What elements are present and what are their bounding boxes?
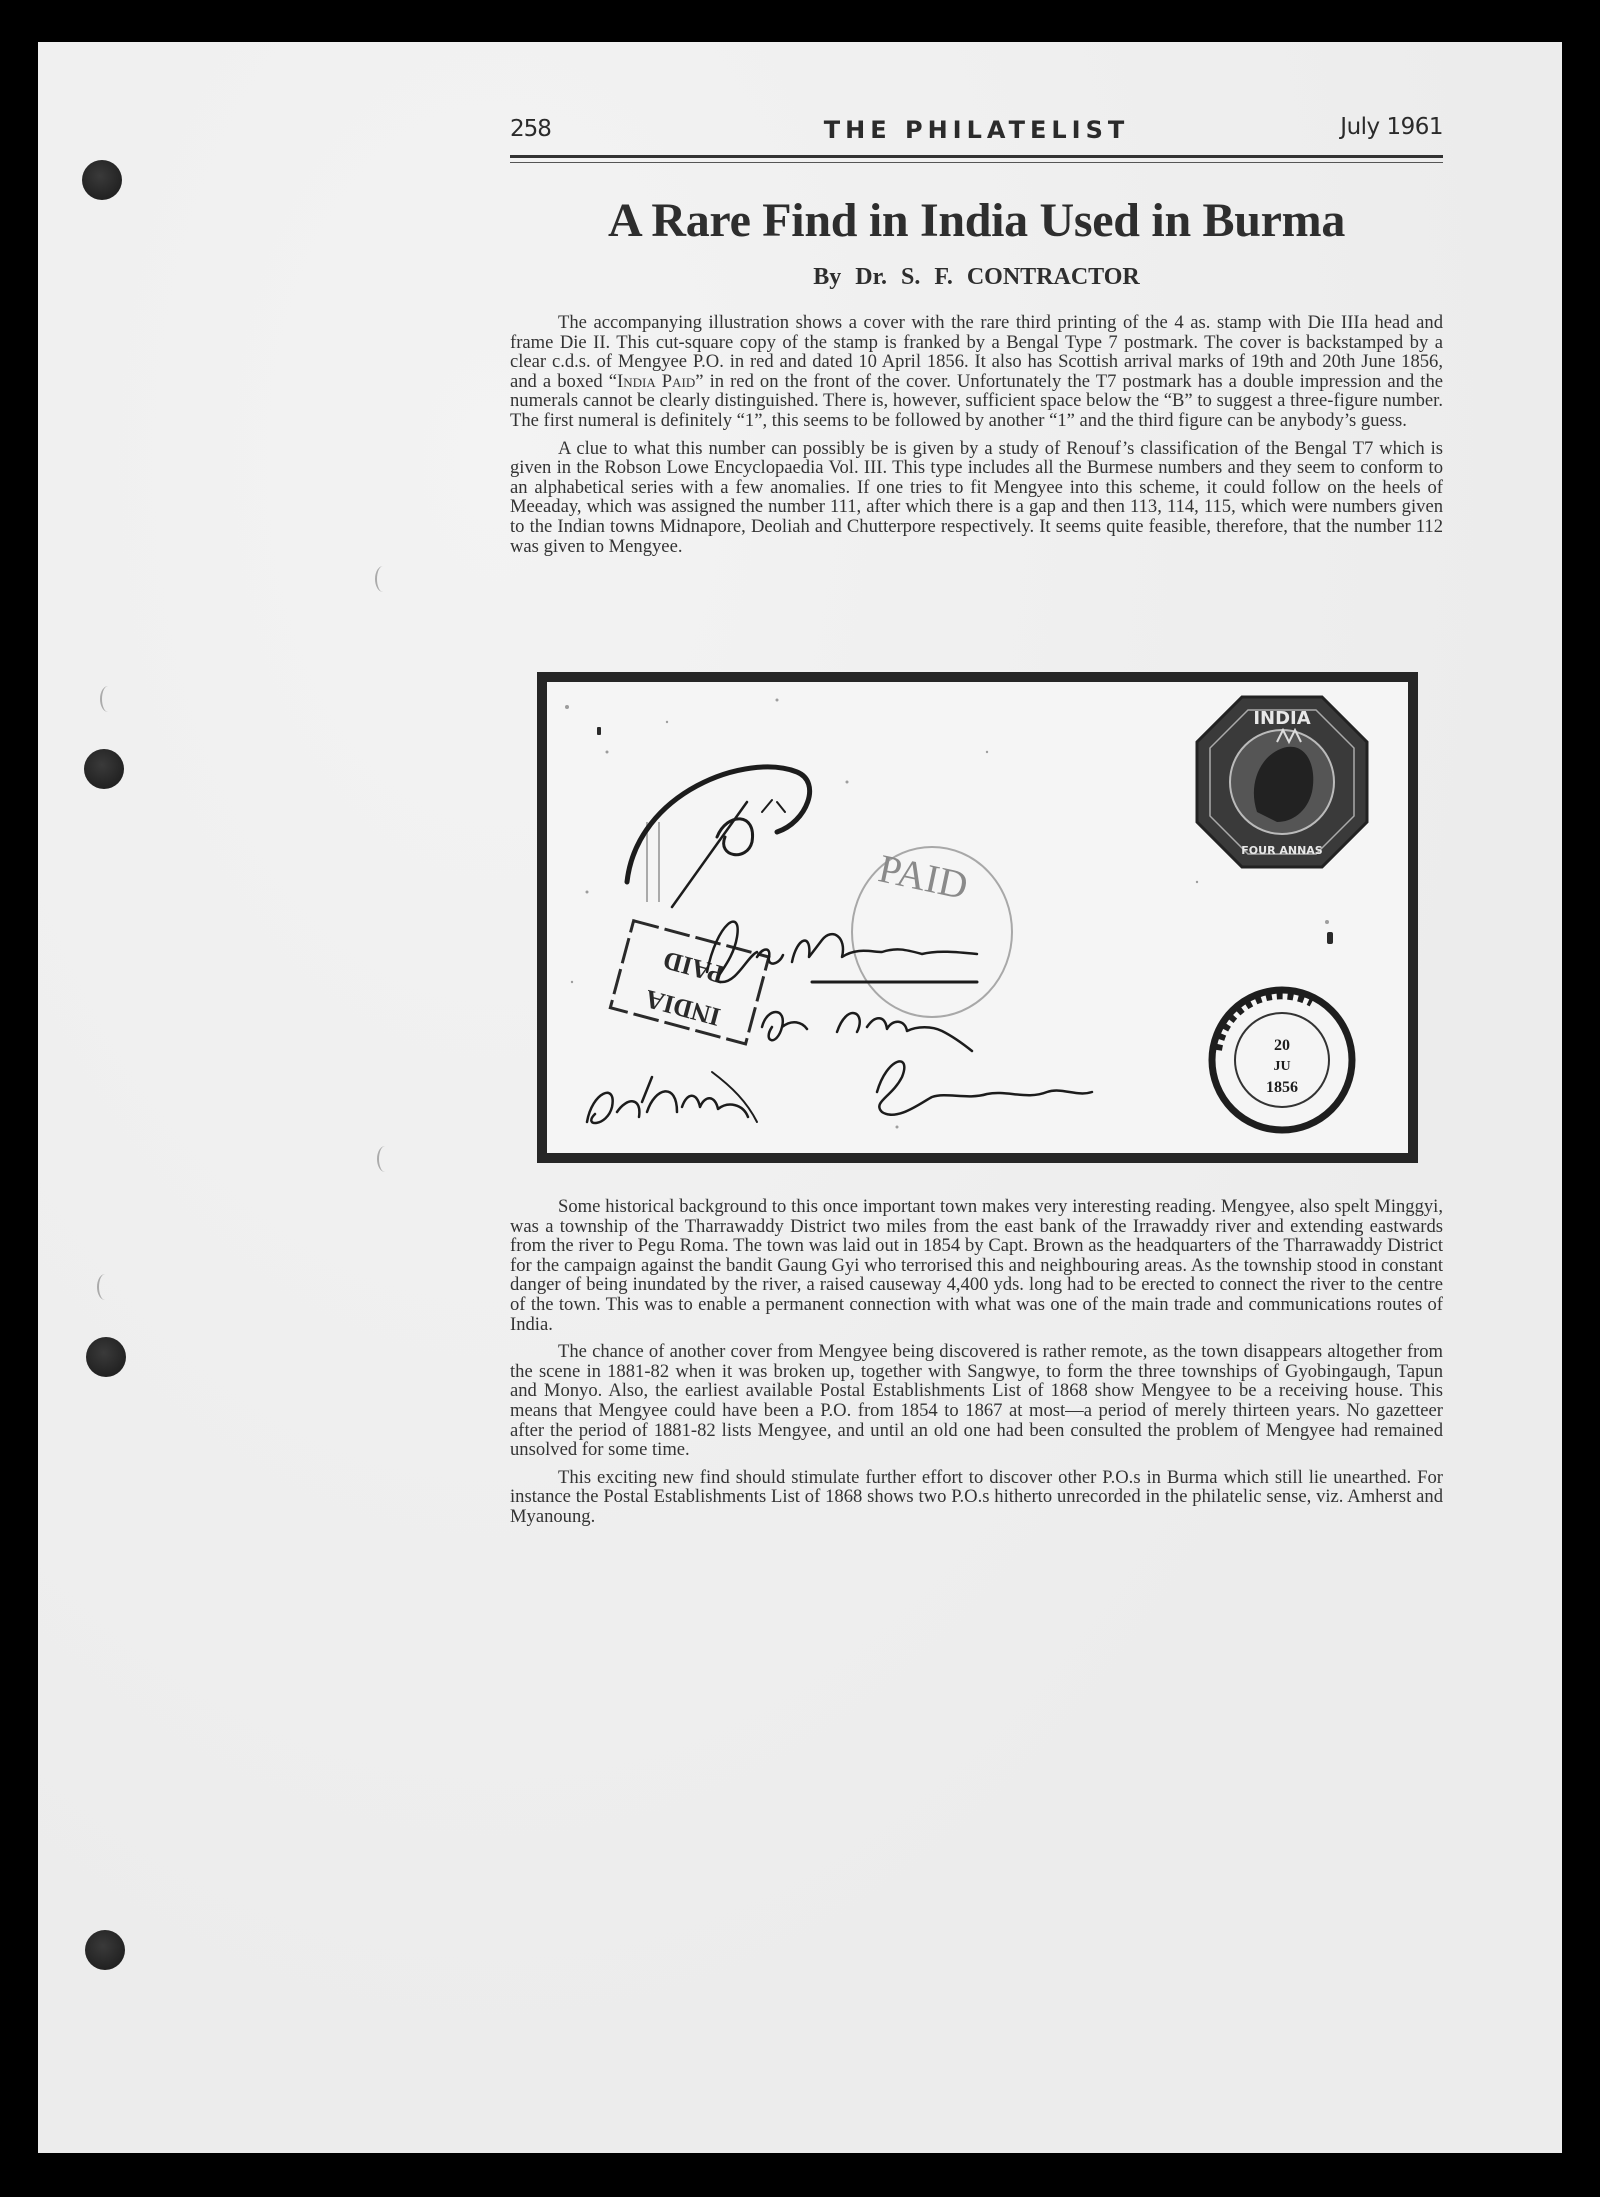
header-rule-thin — [510, 162, 1443, 163]
header-rule-thick — [510, 155, 1443, 158]
running-head: 258 THE PHILATELIST July 1961 — [510, 114, 1443, 144]
article-body-top: The accompanying illustration shows a co… — [510, 313, 1443, 564]
margin-mark-2 — [375, 566, 391, 592]
svg-text:1856: 1856 — [1266, 1079, 1298, 1096]
punch-hole-2 — [84, 749, 124, 789]
paragraph-3: Some historical background to this once … — [510, 1197, 1443, 1334]
publication-name: THE PHILATELIST — [510, 116, 1443, 144]
article-title: A Rare Find in India Used in Burma — [510, 193, 1443, 248]
svg-text:FOUR ANNAS: FOUR ANNAS — [1241, 844, 1323, 857]
punch-hole-4 — [85, 1930, 125, 1970]
svg-text:INDIA: INDIA — [1253, 708, 1310, 729]
cover-photo-icon: PAID PAID INDIA — [547, 682, 1408, 1153]
paragraph-2: A clue to what this number can possibly … — [510, 439, 1443, 557]
article-body-bottom: Some historical background to this once … — [510, 1197, 1443, 1535]
margin-mark-3 — [377, 1146, 393, 1172]
svg-text:JU: JU — [1273, 1059, 1290, 1074]
punch-hole-1 — [82, 160, 122, 200]
byline: By Dr. S. F. CONTRACTOR — [510, 264, 1443, 291]
cover-illustration: PAID PAID INDIA — [537, 672, 1418, 1163]
punch-hole-3 — [86, 1337, 126, 1377]
margin-mark-1 — [100, 686, 116, 712]
paragraph-5: This exciting new find should stimulate … — [510, 1468, 1443, 1527]
india-paid-smallcaps: India Paid — [617, 371, 695, 392]
svg-text:20: 20 — [1274, 1037, 1290, 1054]
paragraph-1: The accompanying illustration shows a co… — [510, 313, 1443, 431]
paragraph-4: The chance of another cover from Mengyee… — [510, 1342, 1443, 1460]
margin-mark-4 — [97, 1274, 113, 1300]
issue-date: July 1961 — [1340, 114, 1443, 140]
